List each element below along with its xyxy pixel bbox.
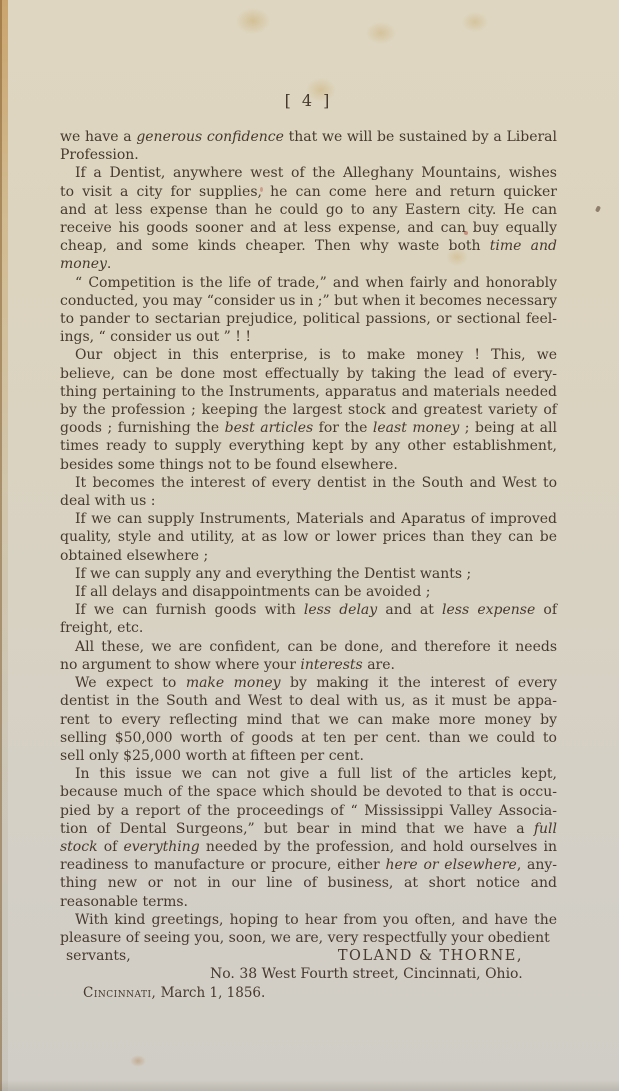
paragraph: All these, we are confident, can be done… [60, 638, 557, 674]
paper-stain [462, 12, 488, 32]
paragraph: If all delays and disappointments can be… [60, 583, 557, 601]
text-line: deal with us : [60, 492, 557, 510]
text-line: If we can furnish goods with less delay … [60, 601, 557, 619]
text-line: Profession. [60, 146, 557, 164]
text-line: sell only $25,000 worth at fifteen per c… [60, 747, 557, 765]
text-line: With kind greetings, hoping to hear from… [60, 911, 557, 929]
text-line: If we can supply Instruments, Materials … [60, 510, 557, 528]
ink-speck [595, 205, 601, 212]
text-line: obtained elsewhere ; [60, 547, 557, 565]
text-line: receive his goods sooner and at less exp… [60, 219, 557, 237]
paragraph: we have a generous confidence that we wi… [60, 128, 557, 164]
text-line: thing new or not in our line of business… [60, 874, 557, 892]
text-line: freight, etc. [60, 619, 557, 637]
text-line: In this issue we can not give a full lis… [60, 765, 557, 783]
text-line: rent to every reflecting mind that we ca… [60, 711, 557, 729]
dateline-place: Cincinnati, [83, 985, 156, 1001]
text-line: to pander to sectarian prejudice, politi… [60, 310, 557, 328]
text-line: ings, “ consider us out ” ! ! [60, 328, 557, 346]
text-line: because much of the space which should b… [60, 783, 557, 801]
paragraph: “ Competition is the life of trade,” and… [60, 274, 557, 347]
page-number: [ 4 ] [60, 90, 557, 112]
text-line: stock of everything needed by the profes… [60, 838, 557, 856]
paragraph: Our object in this enterprise, is to mak… [60, 346, 557, 473]
text-line: readiness to manufacture or procure, eit… [60, 856, 557, 874]
paragraph: We expect to make money by making it the… [60, 674, 557, 765]
paragraph: If we can supply Instruments, Materials … [60, 510, 557, 565]
paragraph: In this issue we can not give a full lis… [60, 765, 557, 911]
text-line: money. [60, 255, 557, 273]
text-line: If a Dentist, anywhere west of the Alleg… [60, 164, 557, 182]
text-line: Our object in this enterprise, is to mak… [60, 346, 557, 364]
text-line: dentist in the South and West to deal wi… [60, 692, 557, 710]
paragraph: If a Dentist, anywhere west of the Alleg… [60, 164, 557, 273]
page-content: [ 4 ] we have a generous confidence that… [60, 90, 557, 1002]
text-line: no argument to show where your interests… [60, 656, 557, 674]
paragraph: If we can furnish goods with less delay … [60, 601, 557, 637]
text-line: “ Competition is the life of trade,” and… [60, 274, 557, 292]
document-body: we have a generous confidence that we wi… [60, 128, 557, 947]
text-line: goods ; furnishing the best articles for… [60, 419, 557, 437]
page-bottom-shadow [0, 1080, 619, 1091]
paragraph: With kind greetings, hoping to hear from… [60, 911, 557, 947]
text-line: tion of Dental Surgeons,” but bear in mi… [60, 820, 557, 838]
text-line: quality, style and utility, at as low or… [60, 528, 557, 546]
text-line: we have a generous confidence that we wi… [60, 128, 557, 146]
paragraph: If we can supply any and everything the … [60, 565, 557, 583]
signature-row: servants, TOLAND & THORNE, [60, 947, 557, 965]
text-line: pied by a report of the proceedings of “… [60, 802, 557, 820]
dateline: Cincinnati, March 1, 1856. [83, 984, 557, 1002]
paper-stain [366, 22, 396, 44]
signature-company-name: TOLAND & THORNE, [338, 947, 523, 965]
text-line: times ready to supply everything kept by… [60, 437, 557, 455]
text-line: All these, we are confident, can be done… [60, 638, 557, 656]
text-line: and at less expense than he could go to … [60, 201, 557, 219]
text-line: If all delays and disappointments can be… [60, 583, 557, 601]
text-line: We expect to make money by making it the… [60, 674, 557, 692]
text-line: selling $50,000 worth of goods at ten pe… [60, 729, 557, 747]
paper-stain [236, 8, 270, 34]
signature-closing: servants, [66, 947, 131, 965]
address-line: No. 38 West Fourth street, Cincinnati, O… [210, 965, 557, 983]
paper-stain [130, 1055, 146, 1067]
text-line: reasonable terms. [60, 893, 557, 911]
text-line: If we can supply any and everything the … [60, 565, 557, 583]
dateline-date: March 1, 1856. [156, 985, 265, 1001]
paragraph: It becomes the interest of every dentist… [60, 474, 557, 510]
text-line: conducted, you may “consider us in ;” bu… [60, 292, 557, 310]
text-line: cheap, and some kinds cheaper. Then why … [60, 237, 557, 255]
text-line: pleasure of seeing you, soon, we are, ve… [60, 929, 557, 947]
scanned-page: [ 4 ] we have a generous confidence that… [0, 0, 619, 1091]
text-line: besides some things not to be found else… [60, 456, 557, 474]
text-line: to visit a city for supplies, he can com… [60, 183, 557, 201]
text-line: believe, can be done most effectually by… [60, 365, 557, 383]
text-line: thing pertaining to the Instruments, app… [60, 383, 557, 401]
page-edge-shadow [0, 0, 8, 1091]
text-line: It becomes the interest of every dentist… [60, 474, 557, 492]
text-line: by the profession ; keeping the largest … [60, 401, 557, 419]
